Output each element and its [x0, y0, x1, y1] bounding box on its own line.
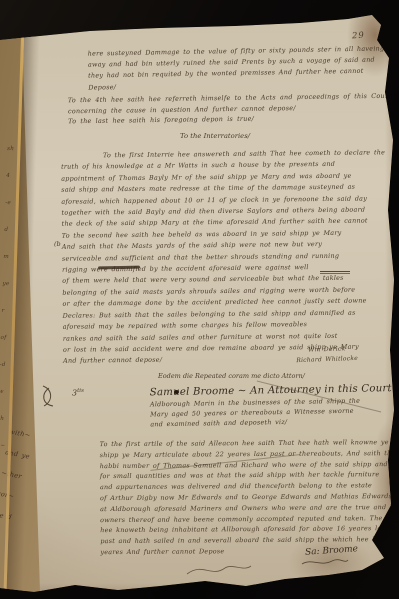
answer-prev-block: here susteyned Dammage to the value of f… [88, 43, 385, 93]
ink-blot [174, 390, 179, 394]
text-fragment: m [3, 254, 12, 260]
text-fragment: sh [7, 146, 16, 152]
text-fragment: r [1, 308, 10, 314]
witness-intro-lines: Aldborough Marin in the businesses of th… [150, 395, 399, 430]
answer-4th-block: To the 4th hee saith hee referreth himse… [68, 91, 392, 127]
text-fragment: 4 [6, 173, 15, 179]
text-fragment: of [0, 335, 9, 341]
mid-heading: To the Interratories/ [150, 132, 280, 140]
repeat-note: Eodem die Repeated coram me dicto Attorn… [158, 372, 305, 380]
ink-underline [320, 271, 350, 272]
text-fragment: -e [5, 200, 14, 206]
text-fragment: -d [0, 362, 8, 368]
text-fragment: ye [2, 281, 11, 287]
marginal-note: 3tis [72, 388, 84, 398]
pen-flourish [185, 560, 255, 578]
manuscript-photo: sh4-edmyerof-dwthy~ with~and ye~thersor~… [0, 0, 399, 599]
manuscript-text-layer: here susteyned Dammage to the value of f… [0, 0, 399, 599]
deposition-block-2: To the first artile of the said Alleacon… [100, 437, 399, 558]
book-page: sh4-edmyerof-dwthy~ with~and ye~thersor~… [0, 0, 399, 599]
text-fragment: y~ [0, 443, 5, 449]
manuscript-page: 29 here susteyned Dammage to the value o… [0, 0, 399, 599]
text-fragment: w [0, 389, 7, 395]
deposition-block-1: To the first Interrie hee answereth and … [61, 147, 387, 367]
signature-paraph-flourish [300, 556, 350, 568]
marginal-paraph-flourish [38, 384, 58, 410]
marginal-note-suffix: tis [77, 388, 84, 394]
text-fragment: d [4, 227, 13, 233]
paragraph-mark: (b [54, 240, 61, 248]
text-fragment: th [0, 416, 6, 422]
